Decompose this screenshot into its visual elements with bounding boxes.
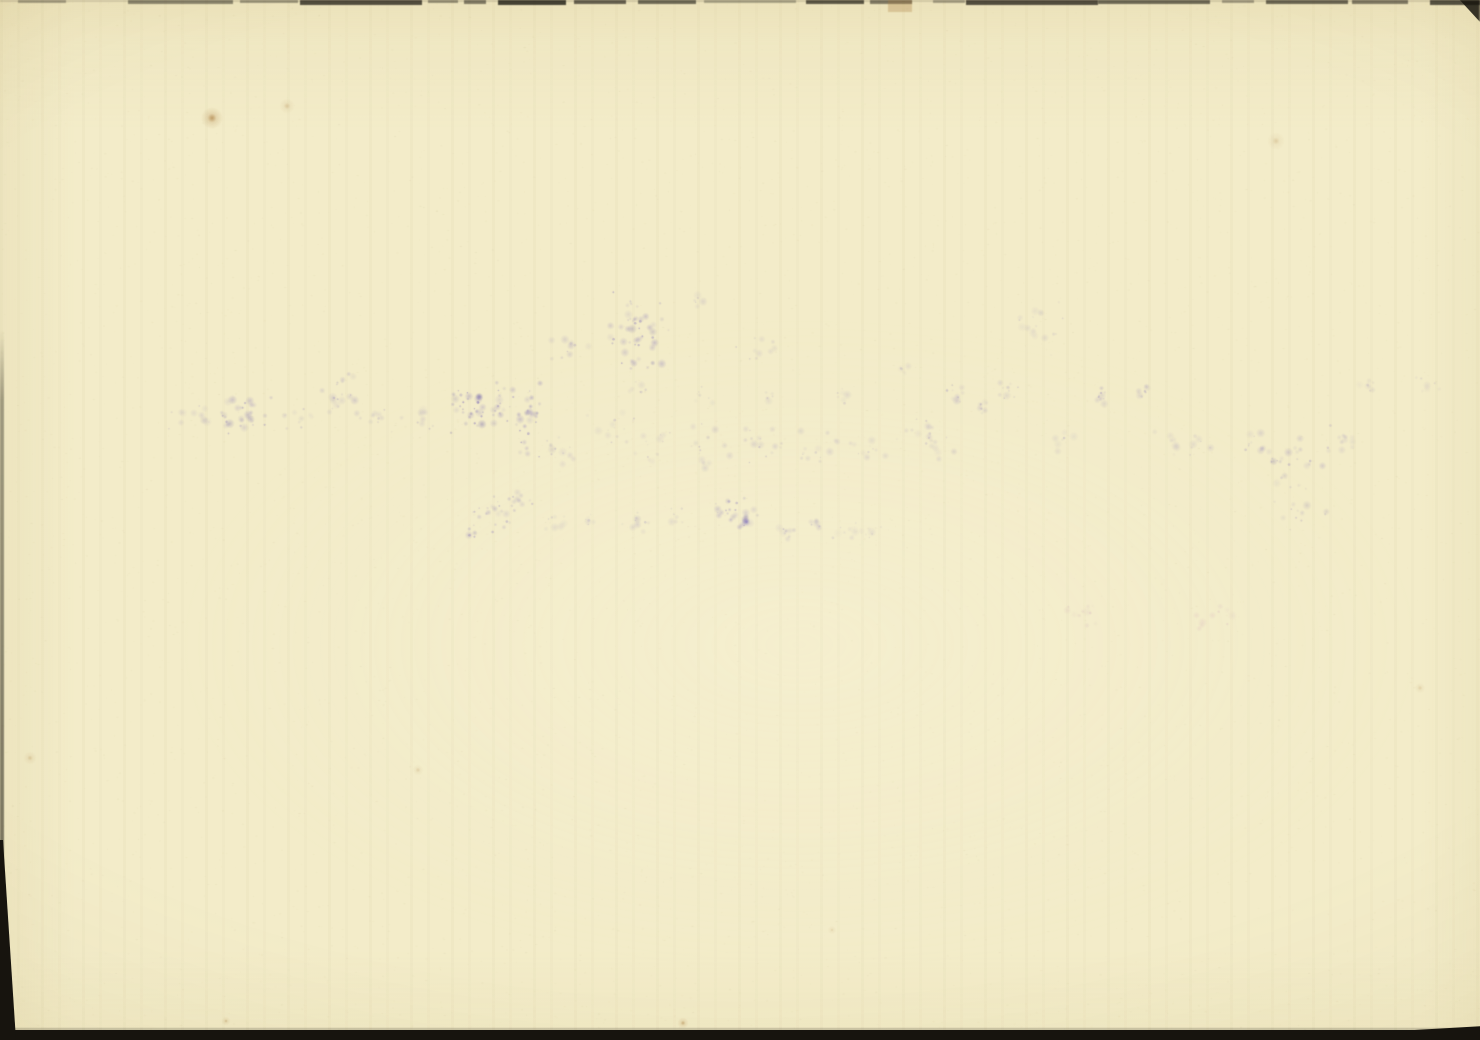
top-edge-mark — [300, 0, 422, 5]
top-edge-mark — [240, 0, 298, 3]
top-edge-mark — [638, 0, 696, 4]
top-edge-mark — [966, 0, 1098, 5]
scanned-card — [0, 0, 1480, 1040]
paper-texture-canvas — [0, 0, 1480, 1040]
top-edge-mark — [128, 0, 233, 4]
top-edge-mark — [498, 0, 566, 5]
top-edge-mark — [1352, 0, 1408, 4]
top-edge-mark — [18, 0, 66, 3]
bottom-edge-border — [0, 1030, 1480, 1040]
top-edge-mark — [1222, 0, 1254, 3]
top-edge-tear — [0, 0, 1480, 16]
top-edge-stain — [888, 0, 912, 12]
top-edge-mark — [464, 0, 486, 4]
top-edge-mark — [806, 0, 864, 4]
top-edge-mark — [428, 0, 458, 3]
top-edge-mark — [704, 0, 796, 3]
top-edge-mark — [933, 0, 965, 3]
top-edge-mark — [574, 0, 626, 4]
top-edge-mark — [1098, 0, 1210, 4]
top-edge-mark — [1266, 0, 1348, 4]
